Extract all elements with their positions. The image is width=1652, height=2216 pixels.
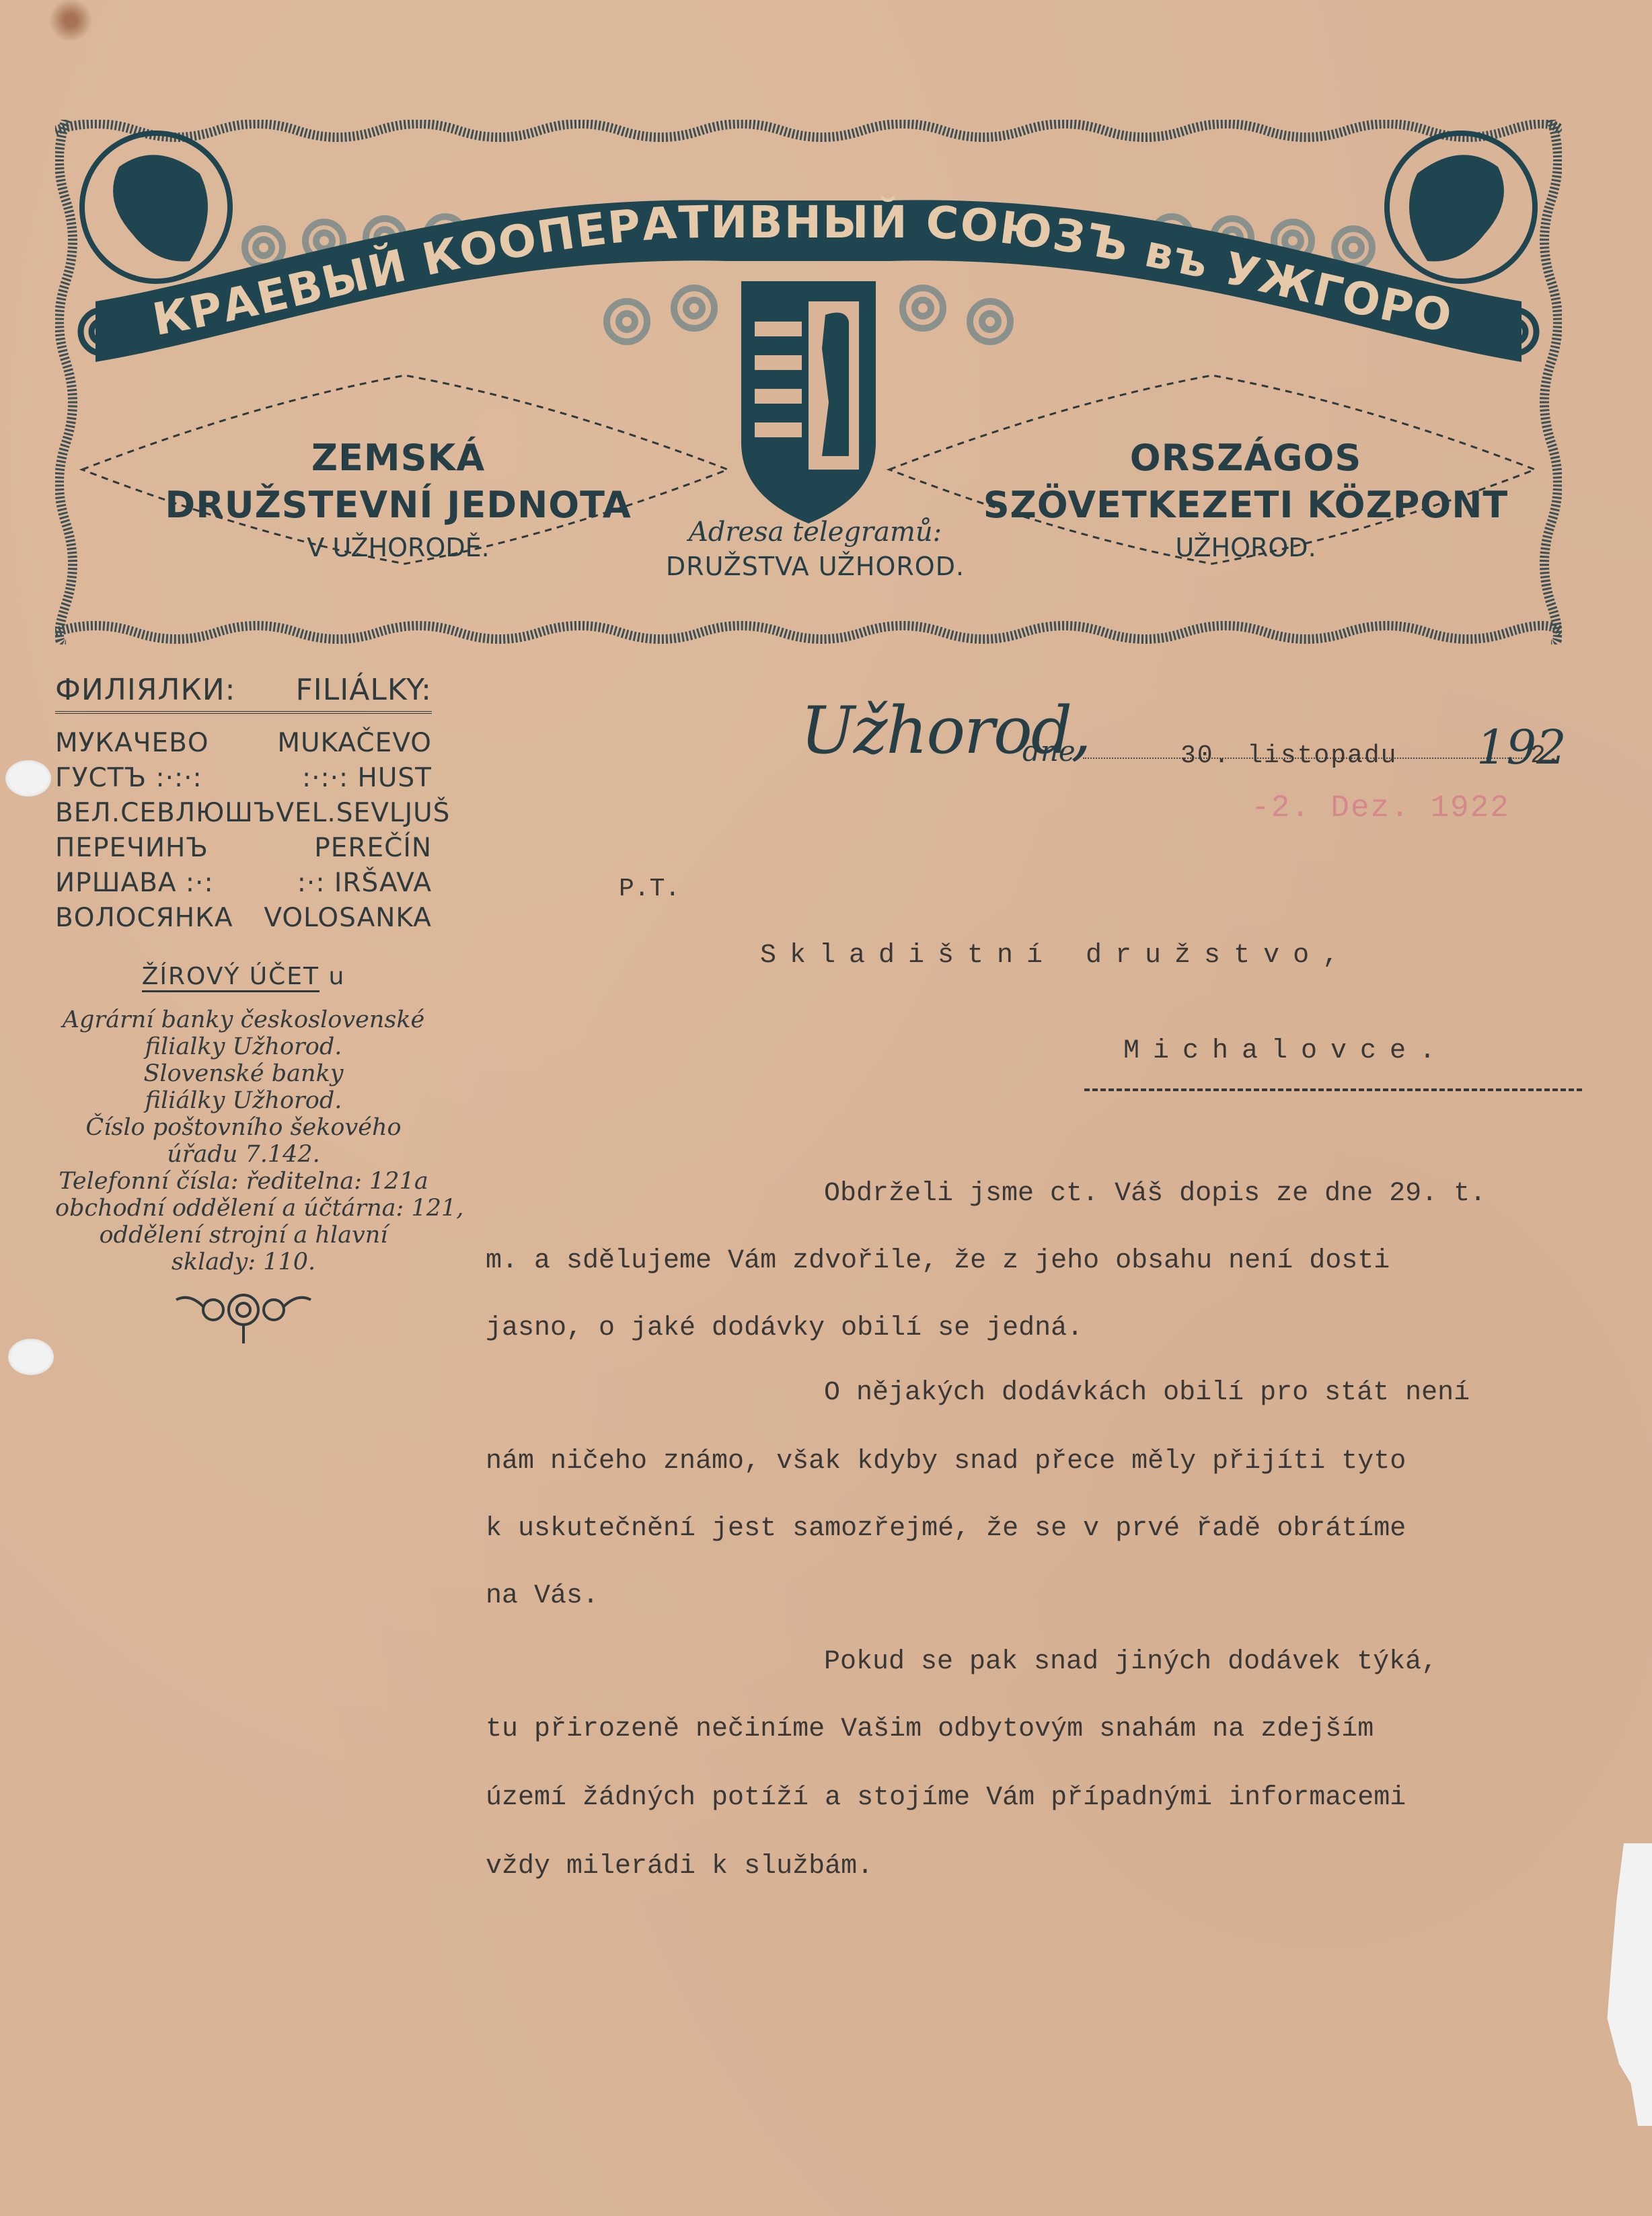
recipient-city: Michalovce.	[1123, 1036, 1449, 1066]
telegram-label: Adresa telegramů:	[580, 517, 1051, 548]
svg-text:КРАЕВЫЙ КООПЕРАТИВНЫЙ СОЮЗЪ въ: КРАЕВЫЙ КООПЕРАТИВНЫЙ СОЮЗЪ въ УЖГОРОДѢ	[55, 120, 1457, 346]
giro-line: Telefonní čísla: ředitelna: 121a	[55, 1168, 432, 1195]
date-typed: 30. listopadu	[1180, 741, 1397, 770]
branch-row: ГУСТЪ :·:·: :·:·: HUST	[55, 761, 432, 796]
branch-cyrillic: ИРШАВА :·:	[55, 866, 214, 901]
giro-line: oddělení strojní a hlavní	[55, 1222, 432, 1249]
body-line: na Vás.	[486, 1581, 599, 1611]
giro-line: sklady: 110.	[55, 1249, 432, 1276]
address-underline	[1084, 1088, 1582, 1091]
corner-stain	[47, 0, 94, 40]
giro-line: Slovenské banky	[55, 1060, 432, 1087]
body-line: k uskutečnění jest samozřejmé, že se v p…	[486, 1514, 1406, 1544]
giro-heading-suffix: u	[328, 963, 345, 990]
body-line: m. a sdělujeme Vám zdvořile, že z jeho o…	[486, 1246, 1390, 1276]
punch-hole	[5, 760, 51, 797]
giro-line: úřadu 7.142.	[55, 1141, 432, 1168]
giro-heading-text: ŽÍROVÝ ÚČET	[142, 963, 320, 992]
giro-heading: ŽÍROVÝ ÚČET u	[55, 963, 432, 990]
scroll-ornament-icon	[170, 1286, 317, 1347]
giro-line: filiálky Užhorod.	[55, 1087, 432, 1114]
branch-latin: PEREČÍN	[314, 831, 432, 866]
body-line: jasno, o jaké dodávky obilí se jedná.	[486, 1313, 1083, 1343]
branch-cyrillic: ВОЛОСЯНКА	[55, 901, 233, 936]
branch-latin: VEL.SEVLJUŠ	[276, 796, 450, 831]
body-line: Obdrželi jsme ct. Váš dopis ze dne 29. t…	[824, 1179, 1486, 1209]
branch-row: ПЕРЕЧИНЪ PEREČÍN	[55, 831, 432, 866]
telegram-value: DRUŽSTVA UŽHOROD.	[580, 552, 1051, 581]
salutation: P.T.	[619, 875, 680, 903]
branch-cyrillic: ПЕРЕЧИНЪ	[55, 831, 209, 866]
branch-latin: :·:·: HUST	[302, 761, 432, 796]
branch-latin: VOLOSANKA	[264, 901, 432, 936]
giro-line: Číslo poštovního šekového	[55, 1114, 432, 1141]
body-line: Pokud se pak snad jiných dodávek týká,	[824, 1647, 1437, 1677]
branch-row: ИРШАВА :·: :·: IRŠAVA	[55, 866, 432, 901]
body-line: O nějakých dodávkách obilí pro stát není	[824, 1378, 1470, 1408]
branch-row: ВОЛОСЯНКА VOLOSANKA	[55, 901, 432, 936]
body-line: nám ničeho známo, však kdyby snad přece …	[486, 1446, 1406, 1477]
body-line: území žádných potíží a stojíme Vám přípa…	[486, 1783, 1406, 1813]
banner-title-text: КРАЕВЫЙ КООПЕРАТИВНЫЙ СОЮЗЪ въ УЖГОРОДѢ	[55, 120, 1457, 346]
branches-heading-latin: FILIÁLKY:	[295, 673, 432, 707]
dne-label: dne	[1022, 735, 1076, 768]
branch-row: ВЕЛ.СЕВЛЮШЪ VEL.SEVLJUŠ	[55, 796, 432, 831]
received-stamp: -2. Dez. 1922	[1251, 790, 1510, 825]
branches-heading-cyrillic: ФИЛІЯЛКИ:	[55, 673, 236, 707]
branches-heading: ФИЛІЯЛКИ: FILIÁLKY:	[55, 673, 432, 714]
year-typed: 2.	[1530, 741, 1561, 770]
telegram-address: Adresa telegramů: DRUŽSTVA UŽHOROD.	[580, 517, 1051, 581]
czech-line-1: ZEMSKÁ	[96, 435, 701, 482]
body-line: vždy milerádi k službám.	[486, 1851, 873, 1882]
branch-cyrillic: ВЕЛ.СЕВЛЮШЪ	[55, 796, 276, 831]
branch-cyrillic: ГУСТЪ :·:·:	[55, 761, 202, 796]
punch-hole	[8, 1339, 54, 1375]
hungarian-line-1: ORSZÁGOS	[943, 435, 1548, 482]
recipient-name: Skladištní družstvo,	[760, 940, 1352, 971]
letterhead: КРАЕВЫЙ КООПЕРАТИВНЫЙ СОЮЗЪ въ УЖГОРОДѢ …	[55, 120, 1562, 644]
branch-latin: :·: IRŠAVA	[297, 866, 432, 901]
branch-row: МУКАЧЕВО MUKAČEVO	[55, 726, 432, 761]
giro-line: obchodní oddělení a účtárna: 121,	[55, 1195, 432, 1222]
giro-line: filialky Užhorod.	[55, 1033, 432, 1060]
branch-cyrillic: МУКАЧЕВО	[55, 726, 209, 761]
sidebar-branches: ФИЛІЯЛКИ: FILIÁLKY: МУКАЧЕВО MUKAČEVO ГУ…	[55, 673, 432, 1347]
branch-latin: MUKAČEVO	[277, 726, 432, 761]
giro-account-details: Agrární banky československé filialky Už…	[55, 1006, 432, 1276]
body-line: tu přirozeně nečiníme Vašim odbytovým sn…	[486, 1714, 1374, 1744]
giro-line: Agrární banky československé	[55, 1006, 432, 1033]
